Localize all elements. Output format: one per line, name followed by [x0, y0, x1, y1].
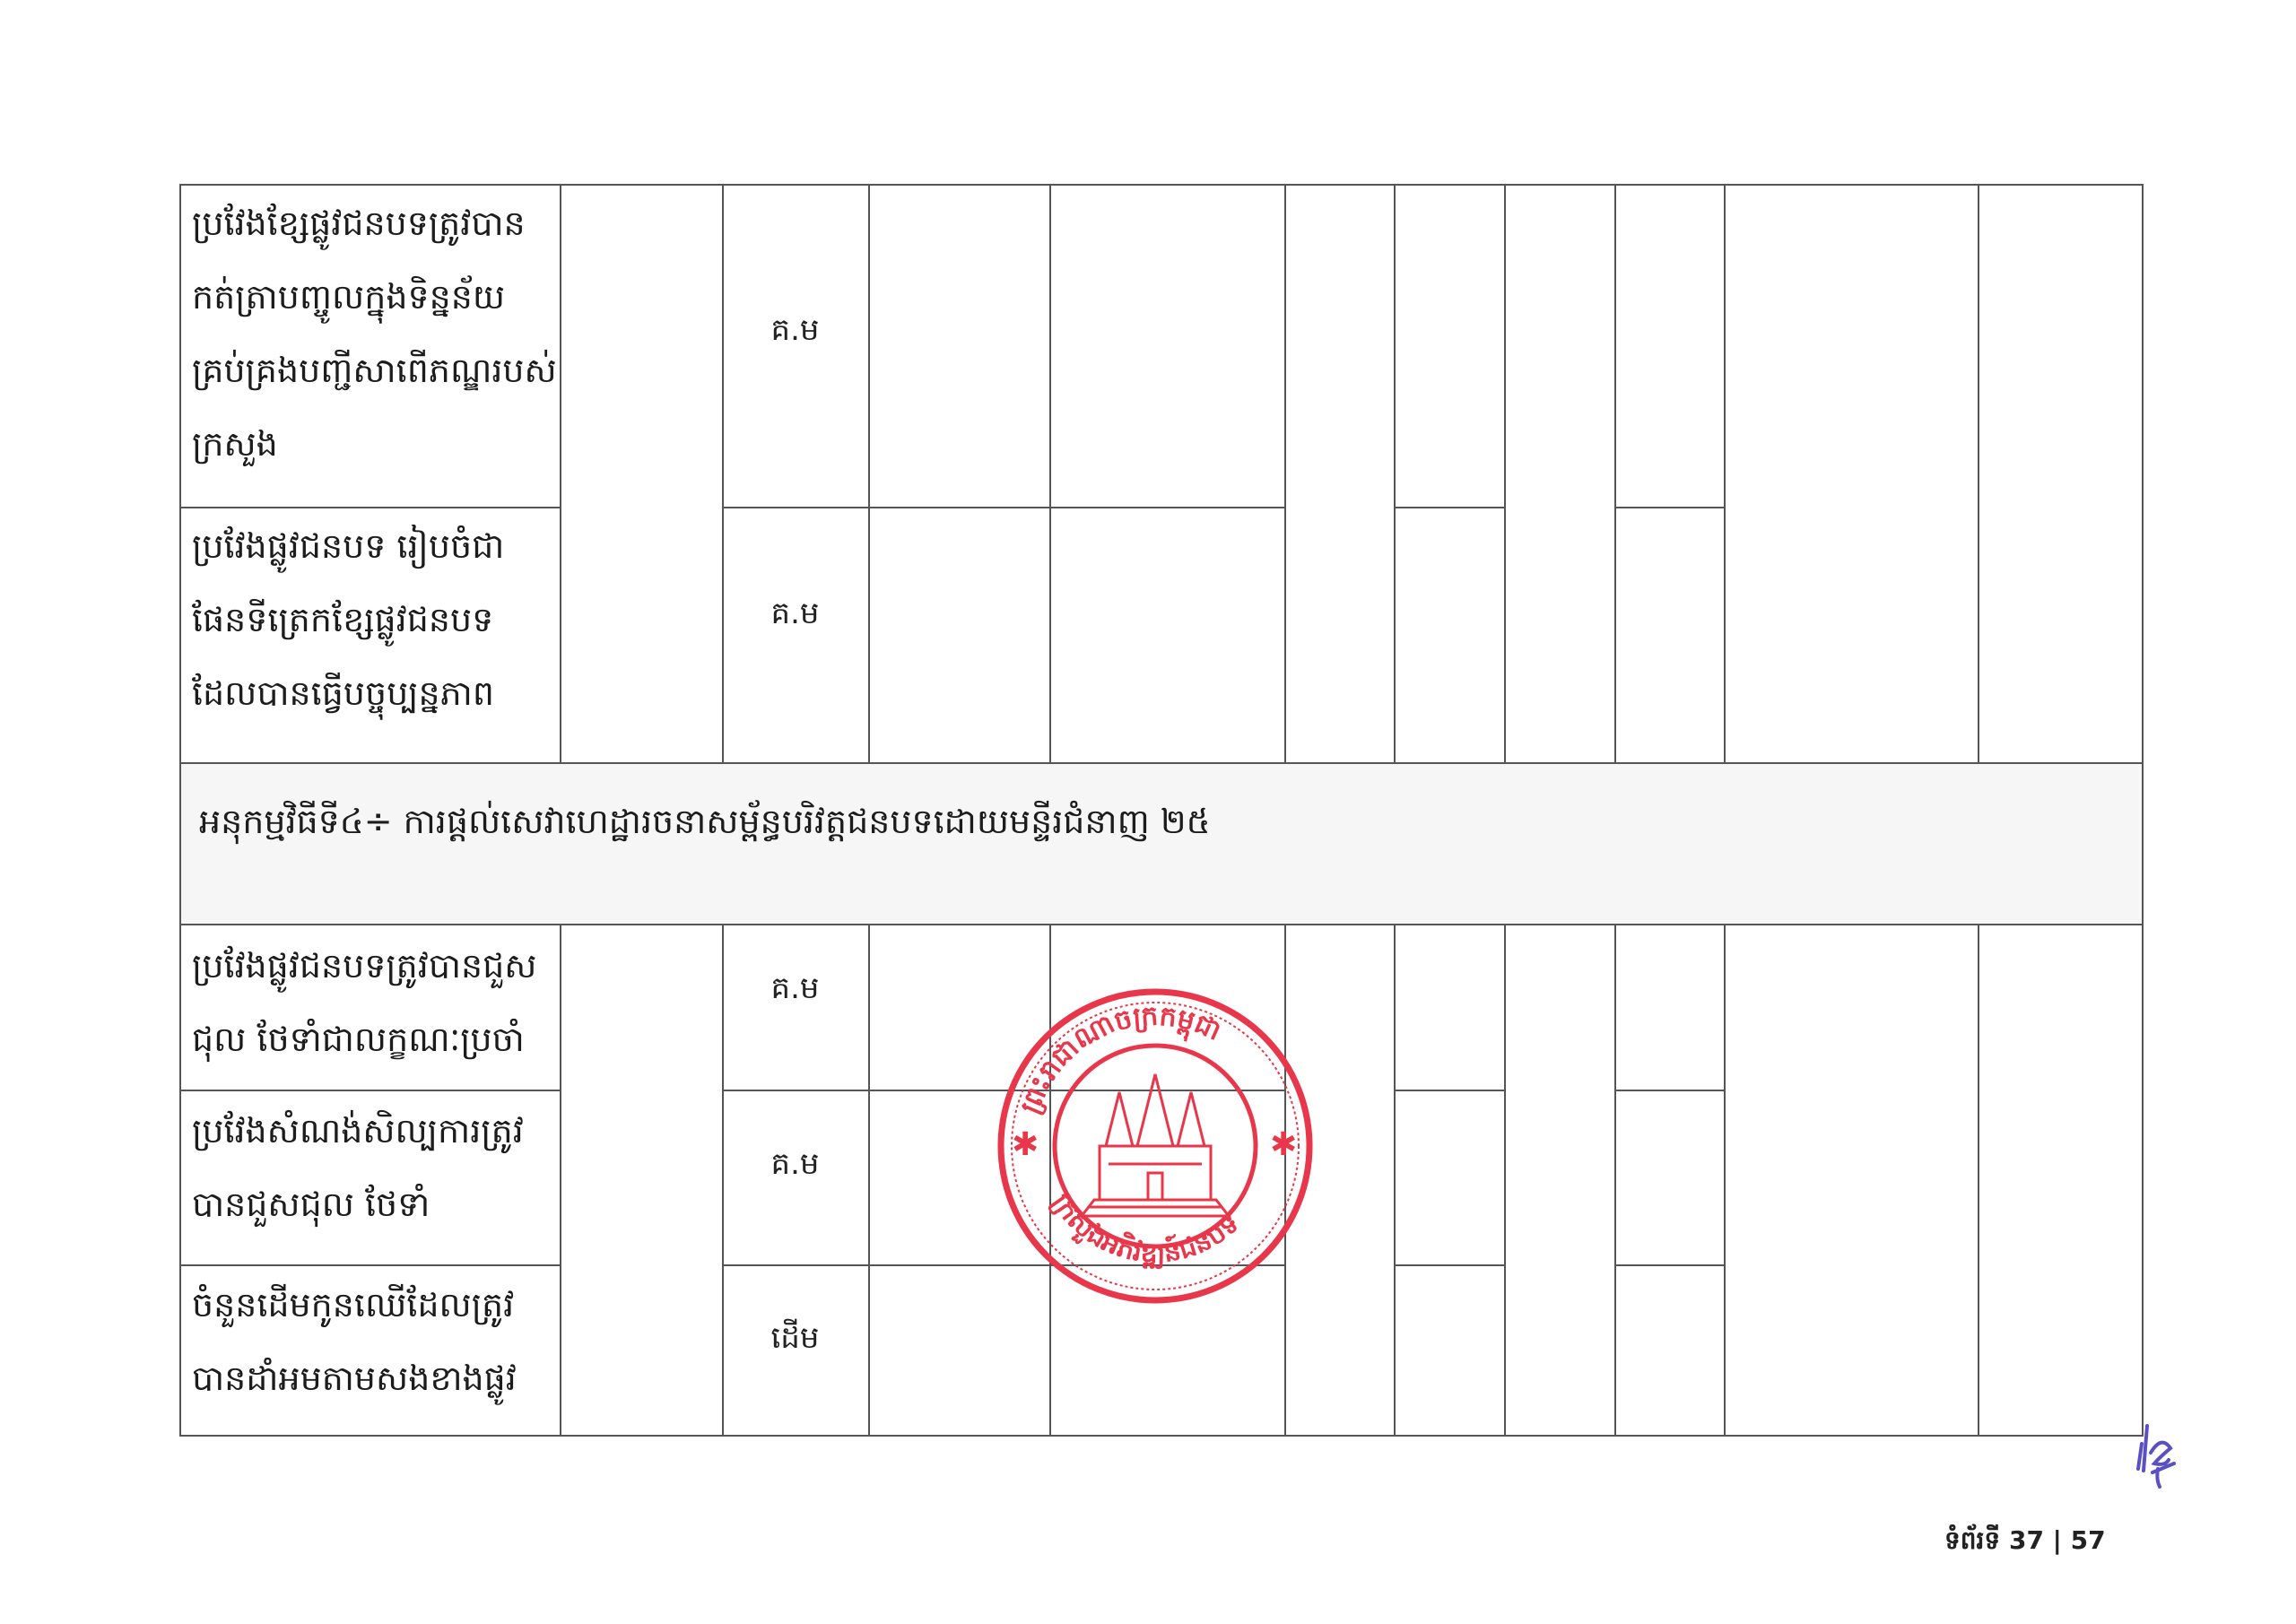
grid-line: [1049, 1090, 1286, 1091]
grid-line: [1049, 507, 1286, 508]
grid-line: [179, 1435, 2144, 1437]
unit-cell: គ.ម: [722, 1144, 868, 1189]
grid-line: [1614, 184, 1616, 764]
grid-line: [1049, 1264, 1286, 1266]
grid-line: [868, 1090, 1051, 1091]
grid-line: [179, 1090, 561, 1091]
unit-cell: ដើម: [722, 1318, 868, 1363]
grid-line: [1724, 924, 1726, 1437]
grid-line: [179, 924, 2144, 925]
grid-line: [868, 924, 870, 1437]
grid-line: [722, 507, 870, 508]
grid-line: [1394, 184, 1396, 764]
indicator-line: គ្រប់គ្រងបញ្ជីសាពើភណ្ឌរបស់: [192, 334, 557, 407]
grid-line: [722, 1264, 870, 1266]
indicator-line: ក្រសួង: [192, 407, 557, 481]
grid-line: [722, 184, 724, 764]
grid-line: [868, 184, 870, 764]
unit-cell: គ.ម: [722, 310, 868, 355]
unit-cell: គ.ម: [722, 968, 868, 1013]
grid-line: [179, 184, 181, 1437]
grid-line: [560, 924, 561, 1437]
section-header: អនុកម្មវិធីទី៤÷ ការផ្តល់សេវាហេដ្ឋារចនាសម…: [181, 764, 2142, 924]
grid-line: [1394, 1090, 1506, 1091]
grid-line: [722, 924, 724, 1437]
indicator-cell: ប្រវែងខ្សែផ្លូវជនបទត្រូវបាន កត់ត្រាបញ្ចូ…: [192, 187, 557, 481]
grid-line: [1049, 924, 1051, 1437]
grid-line: [1614, 1090, 1726, 1091]
grid-line: [1504, 924, 1506, 1437]
indicator-line: ប្រវែងសំណង់សិល្បការត្រូវ: [192, 1094, 524, 1168]
grid-line: [1614, 507, 1726, 508]
indicator-line: ប្រវែងខ្សែផ្លូវជនបទត្រូវបាន: [192, 187, 557, 260]
grid-line: [1614, 1264, 1726, 1266]
grid-line: [1504, 184, 1506, 764]
grid-line: [1614, 924, 1616, 1437]
indicator-line: ដែលបានធ្វើបច្ចុប្បន្នភាព: [192, 656, 504, 730]
unit-cell: គ.ម: [722, 594, 868, 638]
page-number: ទំព័រទី 37 | 57: [1944, 1524, 2106, 1561]
grid-line: [722, 1090, 870, 1091]
grid-line: [1394, 924, 1396, 1437]
indicator-line: ប្រវែងផ្លូវជនបទ រៀបចំជា: [192, 509, 504, 583]
grid-line: [1978, 924, 1979, 1437]
indicator-line: បានដាំអមតាមសងខាងផ្លូវ: [192, 1342, 517, 1415]
grid-line: [179, 184, 2144, 186]
indicator-line: កត់ត្រាបញ្ចូលក្នុងទិន្នន័យ: [192, 260, 557, 334]
grid-line: [560, 184, 561, 764]
grid-line: [868, 1264, 1051, 1266]
indicator-line: ចំនួនដើមកូនឈើដែលត្រូវ: [192, 1268, 517, 1342]
grid-line: [868, 507, 1051, 508]
grid-line: [179, 1264, 561, 1266]
grid-line: [1978, 184, 1979, 764]
section-header-text: អនុកម្មវិធីទី៤÷ ការផ្តល់សេវាហេដ្ឋារចនាសម…: [199, 800, 1211, 850]
indicator-table: អនុកម្មវិធីទី៤÷ ការផ្តល់សេវាហេដ្ឋារចនាសម…: [0, 0, 2296, 1624]
grid-line: [179, 507, 561, 508]
indicator-cell: ប្រវែងផ្លូវជនបទត្រូវបានជួស ជុល ថែទាំជាលក…: [192, 929, 536, 1076]
indicator-cell: ប្រវែងសំណង់សិល្បការត្រូវ បានជួសជុល ថែទាំ: [192, 1094, 524, 1241]
grid-line: [1394, 1264, 1506, 1266]
indicator-line: បានជួសជុល ថែទាំ: [192, 1168, 524, 1241]
grid-line: [1284, 184, 1286, 764]
indicator-line: ប្រវែងផ្លូវជនបទត្រូវបានជួស: [192, 929, 536, 1003]
grid-line: [1284, 924, 1286, 1437]
indicator-cell: ប្រវែងផ្លូវជនបទ រៀបចំជា ផែនទីត្រេកខ្សែផ្…: [192, 509, 504, 730]
grid-line: [179, 762, 2144, 764]
grid-line: [1724, 184, 1726, 764]
indicator-cell: ចំនួនដើមកូនឈើដែលត្រូវ បានដាំអមតាមសងខាងផ្…: [192, 1268, 517, 1415]
indicator-line: ជុល ថែទាំជាលក្ខណៈប្រចាំ: [192, 1003, 536, 1076]
grid-line: [1049, 184, 1051, 764]
indicator-line: ផែនទីត្រេកខ្សែផ្លូវជនបទ: [192, 583, 504, 656]
grid-line: [2142, 184, 2144, 1437]
grid-line: [1394, 507, 1506, 508]
